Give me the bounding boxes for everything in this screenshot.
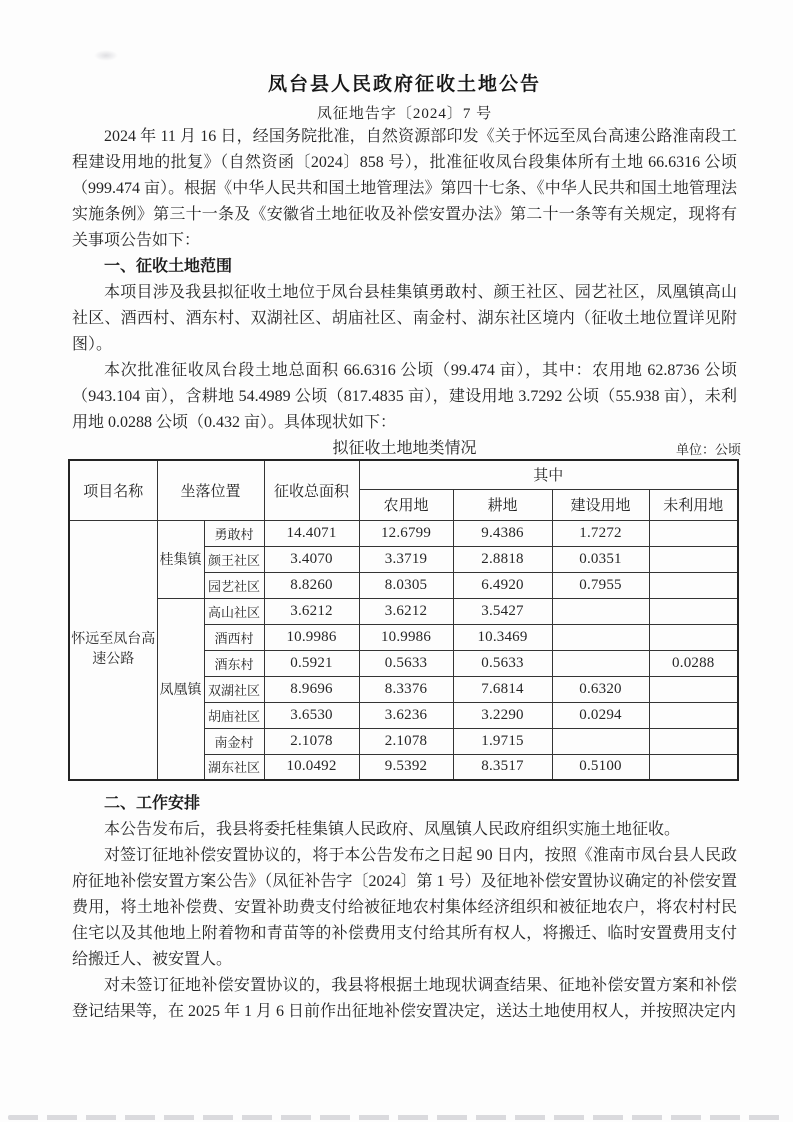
header-location: 坐落位置: [157, 460, 264, 520]
village-cell: 高山社区: [204, 598, 264, 624]
total-cell: 2.1078: [264, 728, 359, 754]
agricultural-cell: 8.0305: [359, 572, 453, 598]
village-cell: 酒东村: [204, 650, 264, 676]
agricultural-cell: 3.3719: [359, 546, 453, 572]
village-cell: 湖东社区: [204, 754, 264, 780]
unused-cell: [649, 754, 738, 780]
section-1-heading: 一、征收土地范围: [72, 254, 737, 280]
agricultural-cell: 12.6799: [359, 520, 453, 546]
unused-cell: [649, 702, 738, 728]
document-number: 凤征地告字〔2024〕7 号: [72, 105, 737, 124]
unused-cell: [649, 520, 738, 546]
paragraph-implementation: 本公告发布后，我县将委托桂集镇人民政府、凤凰镇人民政府组织实施土地征收。: [72, 817, 737, 843]
construction-cell: [552, 624, 649, 650]
cultivated-cell: 1.9715: [453, 728, 552, 754]
village-cell: 勇敢村: [204, 520, 264, 546]
unused-cell: [649, 676, 738, 702]
table-header-row-1: 项目名称 坐落位置 征收总面积 其中: [69, 460, 738, 489]
page-title: 凤台县人民政府征收土地公告: [72, 74, 737, 96]
cultivated-cell: 8.3517: [453, 754, 552, 780]
unused-cell: [649, 728, 738, 754]
cultivated-cell: 0.5633: [453, 650, 552, 676]
section-2-heading: 二、工作安排: [72, 791, 737, 817]
total-cell: 10.0492: [264, 754, 359, 780]
construction-cell: 0.7955: [552, 572, 649, 598]
village-cell: 双湖社区: [204, 676, 264, 702]
cultivated-cell: 6.4920: [453, 572, 552, 598]
paragraph-unsigned-agreements: 对未签订征地补偿安置协议的，我县将根据土地现状调查结果、征地补偿安置方案和补偿登…: [72, 973, 737, 1025]
agricultural-cell: 9.5392: [359, 754, 453, 780]
header-total-area: 征收总面积: [264, 460, 359, 520]
town-cell: 桂集镇: [157, 520, 204, 598]
construction-cell: 0.0294: [552, 702, 649, 728]
total-cell: 8.8260: [264, 572, 359, 598]
document-content: 凤台县人民政府征收土地公告 凤征地告字〔2024〕7 号 2024 年 11 月…: [72, 0, 737, 1025]
paragraph-areas: 本次批准征收凤台段土地总面积 66.6316 公顷（99.474 亩），其中：农…: [72, 358, 737, 436]
village-cell: 南金村: [204, 728, 264, 754]
construction-cell: 0.6320: [552, 676, 649, 702]
cultivated-cell: 3.5427: [453, 598, 552, 624]
scanned-announcement-page: 凤台县人民政府征收土地公告 凤征地告字〔2024〕7 号 2024 年 11 月…: [0, 0, 793, 1122]
town-cell: 凤凰镇: [157, 598, 204, 780]
land-category-table: 项目名称 坐落位置 征收总面积 其中 农用地 耕地 建设用地 未利用地 怀远至凤…: [68, 459, 739, 781]
table-caption: 拟征收土地地类情况: [72, 438, 737, 459]
table-caption-row: 拟征收土地地类情况 单位：公顷: [72, 438, 737, 459]
unused-cell: [649, 572, 738, 598]
header-unused: 未利用地: [649, 489, 738, 520]
agricultural-cell: 10.9986: [359, 624, 453, 650]
construction-cell: [552, 598, 649, 624]
unused-cell: 0.0288: [649, 650, 738, 676]
scan-edge-artifact-band: [8, 1115, 785, 1120]
construction-cell: 1.7272: [552, 520, 649, 546]
construction-cell: 0.0351: [552, 546, 649, 572]
table-row: 怀远至凤台高速公路 桂集镇 勇敢村 14.4071 12.6799 9.4386…: [69, 520, 738, 546]
agricultural-cell: 3.6212: [359, 598, 453, 624]
village-cell: 颜王社区: [204, 546, 264, 572]
total-cell: 14.4071: [264, 520, 359, 546]
header-cultivated: 耕地: [453, 489, 552, 520]
agricultural-cell: 3.6236: [359, 702, 453, 728]
project-name-cell: 怀远至凤台高速公路: [69, 520, 157, 780]
construction-cell: [552, 650, 649, 676]
table-row: 凤凰镇 高山社区 3.6212 3.6212 3.5427: [69, 598, 738, 624]
cultivated-cell: 3.2290: [453, 702, 552, 728]
agricultural-cell: 8.3376: [359, 676, 453, 702]
header-construction: 建设用地: [552, 489, 649, 520]
table-unit-label: 单位：公顷: [676, 439, 741, 458]
village-cell: 园艺社区: [204, 572, 264, 598]
total-cell: 3.6530: [264, 702, 359, 728]
paragraph-intro: 2024 年 11 月 16 日，经国务院批准，自然资源部印发《关于怀远至凤台高…: [72, 124, 737, 254]
construction-cell: 0.5100: [552, 754, 649, 780]
paragraph-scope: 本项目涉及我县拟征收土地位于凤台县桂集镇勇敢村、颜王社区、园艺社区，凤凰镇高山社…: [72, 280, 737, 358]
cultivated-cell: 7.6814: [453, 676, 552, 702]
total-cell: 3.4070: [264, 546, 359, 572]
village-cell: 酒西村: [204, 624, 264, 650]
village-cell: 胡庙社区: [204, 702, 264, 728]
agricultural-cell: 0.5633: [359, 650, 453, 676]
agricultural-cell: 2.1078: [359, 728, 453, 754]
paragraph-signed-agreements: 对签订征地补偿安置协议的，将于本公告发布之日起 90 日内，按照《淮南市凤台县人…: [72, 843, 737, 973]
unused-cell: [649, 624, 738, 650]
total-cell: 0.5921: [264, 650, 359, 676]
total-cell: 3.6212: [264, 598, 359, 624]
cultivated-cell: 2.8818: [453, 546, 552, 572]
cultivated-cell: 9.4386: [453, 520, 552, 546]
total-cell: 10.9986: [264, 624, 359, 650]
cultivated-cell: 10.3469: [453, 624, 552, 650]
unused-cell: [649, 598, 738, 624]
header-agricultural: 农用地: [359, 489, 453, 520]
header-project-name: 项目名称: [69, 460, 157, 520]
header-among: 其中: [359, 460, 738, 489]
construction-cell: [552, 728, 649, 754]
unused-cell: [649, 546, 738, 572]
total-cell: 8.9696: [264, 676, 359, 702]
